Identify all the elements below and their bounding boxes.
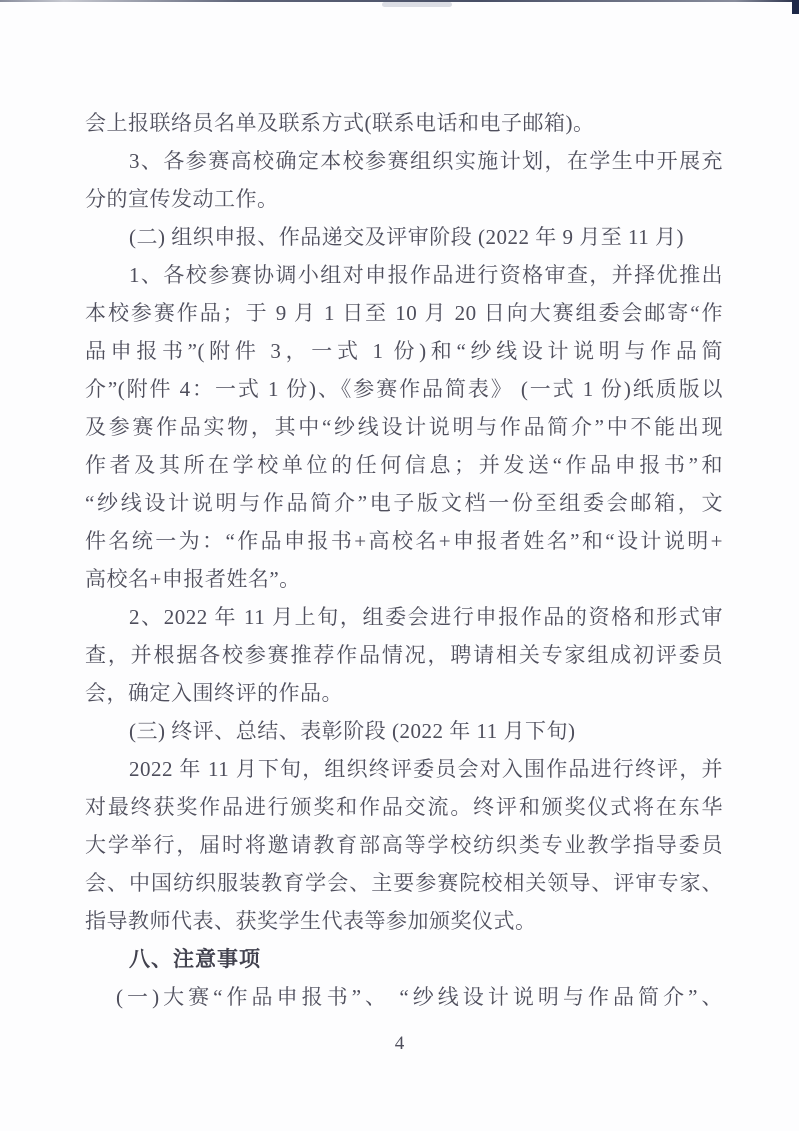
text-line: 查，并根据各校参赛推荐作品情况，聘请相关专家组成初评委员 [85, 636, 723, 674]
text-line: 分的宣传发动工作。 [85, 180, 723, 218]
text-line: “纱线设计说明与作品简介”电子版文档一份至组委会邮箱，文 [85, 484, 723, 522]
text-line: (三) 终评、总结、表彰阶段 (2022 年 11 月下旬) [85, 712, 723, 750]
text-line: 高校名+申报者姓名”。 [85, 560, 723, 598]
text-line: 会上报联络员名单及联系方式(联系电话和电子邮箱)。 [85, 104, 723, 142]
text-line: 件名统一为：“作品申报书+高校名+申报者姓名”和“设计说明+ [85, 522, 723, 560]
text-line: 会，确定入围终评的作品。 [85, 674, 723, 712]
text-line: 八、注意事项 [85, 940, 723, 978]
text-line: 大学举行，届时将邀请教育部高等学校纺织类专业教学指导委员 [85, 826, 723, 864]
text-line: (一)大赛“作品申报书”、 “纱线设计说明与作品简介”、 [85, 978, 723, 1016]
text-line: 对最终获奖作品进行颁奖和作品交流。终评和颁奖仪式将在东华 [85, 788, 723, 826]
text-line: 及参赛作品实物，其中“纱线设计说明与作品简介”中不能出现 [85, 408, 723, 446]
page-number: 4 [0, 1033, 799, 1055]
text-line: 作者及其所在学校单位的任何信息；并发送“作品申报书”和 [85, 446, 723, 484]
text-line: 3、各参赛高校确定本校参赛组织实施计划，在学生中开展充 [85, 142, 723, 180]
scan-artifact-smudge [382, 2, 452, 7]
text-line: 指导教师代表、获奖学生代表等参加颁奖仪式。 [85, 902, 723, 940]
text-line: 会、中国纺织服装教育学会、主要参赛院校相关领导、评审专家、 [85, 864, 723, 902]
scan-artifact-corner-mark [792, 0, 799, 14]
text-line: (二) 组织申报、作品递交及评审阶段 (2022 年 9 月至 11 月) [85, 218, 723, 256]
text-line: 2022 年 11 月下旬，组织终评委员会对入围作品进行终评，并 [85, 750, 723, 788]
text-line: 介”(附件 4：一式 1 份)、《参赛作品简表》 (一式 1 份)纸质版以 [85, 370, 723, 408]
text-line: 品申报书”(附件 3，一式 1 份)和“纱线设计说明与作品简 [85, 332, 723, 370]
scanned-page: 会上报联络员名单及联系方式(联系电话和电子邮箱)。3、各参赛高校确定本校参赛组织… [0, 0, 799, 1131]
text-line: 2、2022 年 11 月上旬，组委会进行申报作品的资格和形式审 [85, 598, 723, 636]
document-body: 会上报联络员名单及联系方式(联系电话和电子邮箱)。3、各参赛高校确定本校参赛组织… [85, 104, 723, 1016]
text-line: 1、各校参赛协调小组对申报作品进行资格审查，并择优推出 [85, 256, 723, 294]
text-line: 本校参赛作品；于 9 月 1 日至 10 月 20 日向大赛组委会邮寄“作 [85, 294, 723, 332]
